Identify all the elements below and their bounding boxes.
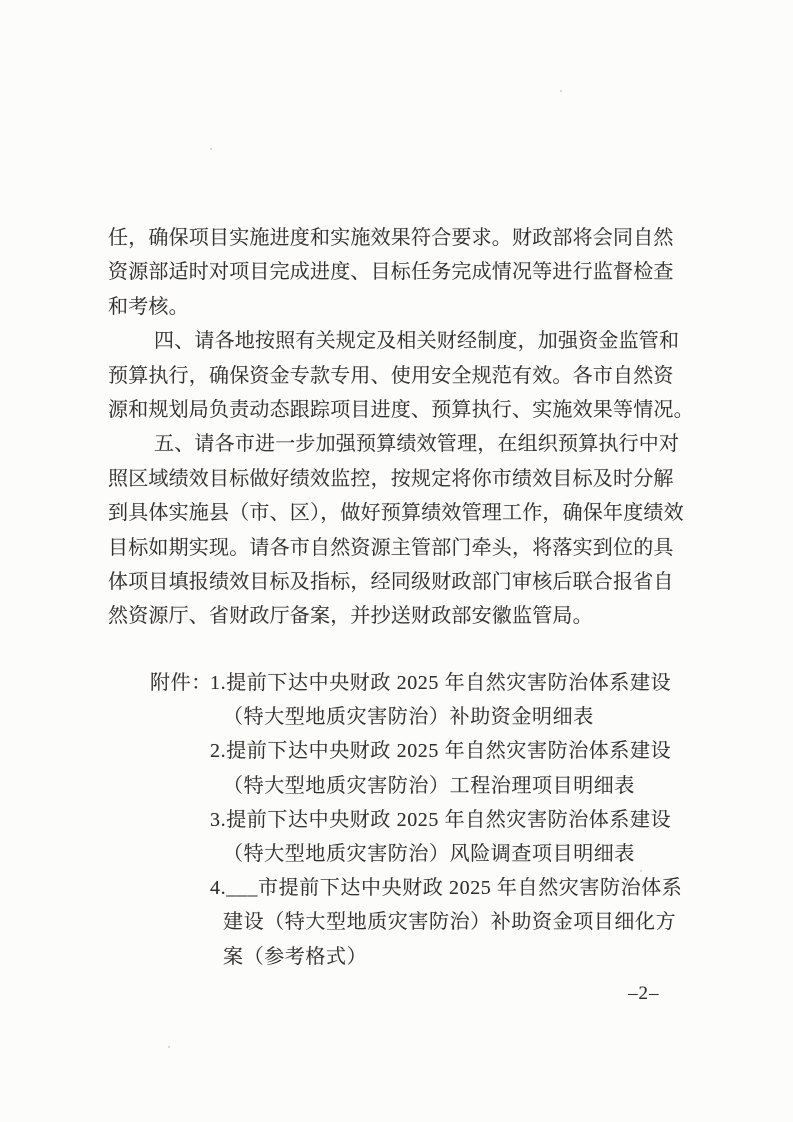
attachment-item-line: 1.提前下达中央财政 2025 年自然灾害防治体系建设 xyxy=(210,666,682,700)
document-body: 任，确保项目实施进度和实施效果符合要求。财政部将会同自然 资源部适时对项目完成进… xyxy=(108,221,698,634)
body-line: 体项目填报绩效目标及指标，经同级财政部门审核后联合报省自 xyxy=(108,565,698,599)
body-line: 五、请各市进一步加强预算绩效管理，在组织预算执行中对 xyxy=(108,427,698,461)
body-line: 和考核。 xyxy=(108,290,698,324)
attachment-item-line: （特大型地质灾害防治）风险调查项目明细表 xyxy=(223,837,682,871)
attachment-item-line: 建设（特大型地质灾害防治）补助资金项目细化方 xyxy=(223,905,682,939)
body-line: 然资源厅、省财政厅备案，并抄送财政部安徽监管局。 xyxy=(108,599,698,633)
body-line: 到具体实施县（市、区），做好预算绩效管理工作，确保年度绩效 xyxy=(108,496,698,530)
body-line: 任，确保项目实施进度和实施效果符合要求。财政部将会同自然 xyxy=(108,221,698,255)
scan-speckle xyxy=(560,90,562,92)
attachment-item: 4.___市提前下达中央财政 2025 年自然灾害防治体系 建设（特大型地质灾害… xyxy=(210,871,682,974)
attachment-item: 3.提前下达中央财政 2025 年自然灾害防治体系建设 （特大型地质灾害防治）风… xyxy=(210,803,682,871)
attachments-label: 附件： xyxy=(150,666,210,700)
attachment-item-line: 3.提前下达中央财政 2025 年自然灾害防治体系建设 xyxy=(210,803,682,837)
body-line: 照区域绩效目标做好绩效监控，按规定将你市绩效目标及时分解 xyxy=(108,462,698,496)
attachments-section: 附件： 1.提前下达中央财政 2025 年自然灾害防治体系建设 （特大型地质灾害… xyxy=(150,666,682,974)
page-number: –2– xyxy=(628,983,660,1005)
attachment-item: 2.提前下达中央财政 2025 年自然灾害防治体系建设 （特大型地质灾害防治）工… xyxy=(210,734,682,802)
attachment-item-line: 4.___市提前下达中央财政 2025 年自然灾害防治体系 xyxy=(210,871,682,905)
attachments-list: 1.提前下达中央财政 2025 年自然灾害防治体系建设 （特大型地质灾害防治）补… xyxy=(210,666,682,974)
scan-speckle xyxy=(168,1046,170,1048)
attachment-item-line: 案（参考格式） xyxy=(223,940,682,974)
attachment-item-line: （特大型地质灾害防治）工程治理项目明细表 xyxy=(223,769,682,803)
scan-speckle xyxy=(210,148,212,150)
body-line: 资源部适时对项目完成进度、目标任务完成情况等进行监督检查 xyxy=(108,255,698,289)
body-line: 目标如期实现。请各市自然资源主管部门牵头，将落实到位的具 xyxy=(108,531,698,565)
attachment-item-line: 2.提前下达中央财政 2025 年自然灾害防治体系建设 xyxy=(210,734,682,768)
body-line: 源和规划局负责动态跟踪项目进度、预算执行、实施效果等情况。 xyxy=(108,393,698,427)
body-line: 预算执行，确保资金专款专用、使用安全规范有效。各市自然资 xyxy=(108,359,698,393)
attachment-item-line: （特大型地质灾害防治）补助资金明细表 xyxy=(223,700,682,734)
attachment-item: 1.提前下达中央财政 2025 年自然灾害防治体系建设 （特大型地质灾害防治）补… xyxy=(210,666,682,734)
document-page: 任，确保项目实施进度和实施效果符合要求。财政部将会同自然 资源部适时对项目完成进… xyxy=(0,0,793,1122)
scan-speckle xyxy=(640,870,642,872)
body-line: 四、请各地按照有关规定及相关财经制度，加强资金监管和 xyxy=(108,324,698,358)
